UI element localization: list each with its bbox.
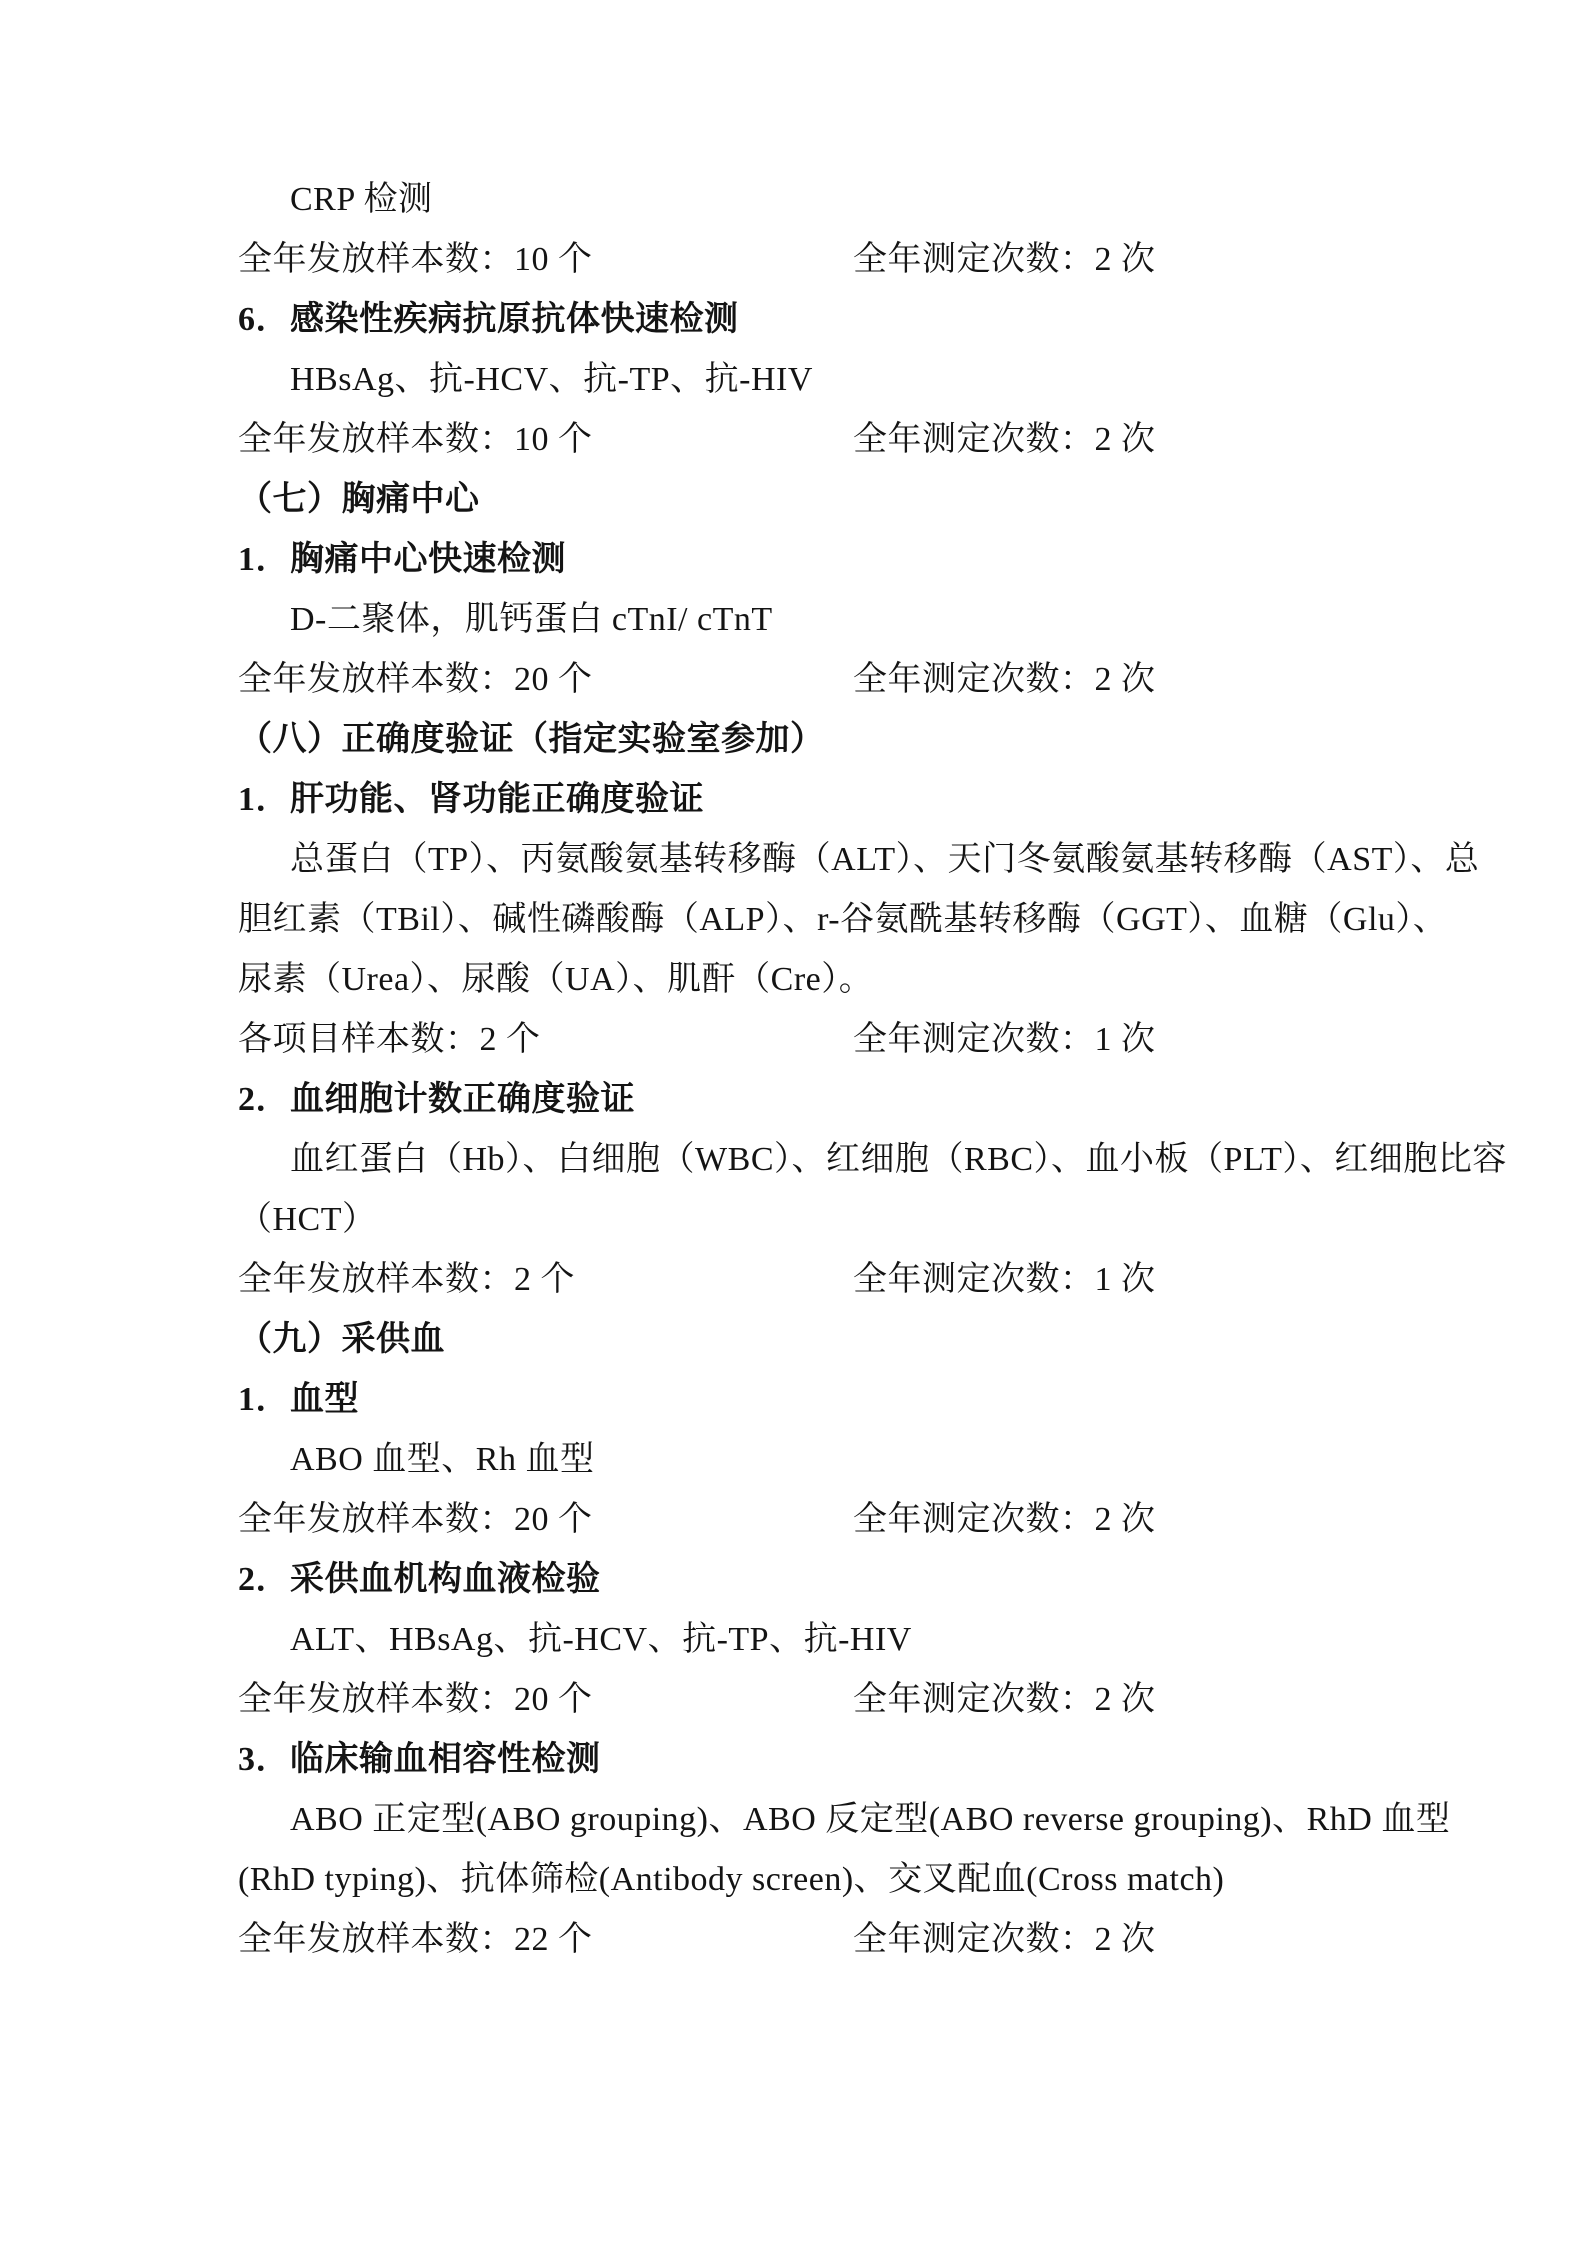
tests-per-year-value: 全年测定次数：2 次: [853, 410, 1156, 470]
samples-per-year-value: 全年发放样本数：2 个: [238, 1250, 575, 1310]
section-heading: 1．胸痛中心快速检测: [238, 530, 1423, 590]
test-item-line: 尿素（Urea）、尿酸（UA）、肌酐（Cre）。: [238, 950, 1423, 1010]
tests-per-year-value: 全年测定次数：2 次: [853, 230, 1156, 290]
section-heading: 6．感染性疾病抗原抗体快速检测: [238, 290, 1423, 350]
section-heading: 2．血细胞计数正确度验证: [238, 1070, 1423, 1130]
section-heading: （七）胸痛中心: [238, 470, 1423, 530]
test-item-line: ABO 血型、Rh 血型: [238, 1430, 1423, 1490]
section-heading: （九）采供血: [238, 1310, 1423, 1370]
test-item-line: HBsAg、抗-HCV、抗-TP、抗-HIV: [238, 350, 1423, 410]
document-page: CRP 检测全年发放样本数：10 个全年测定次数：2 次6．感染性疾病抗原抗体快…: [0, 0, 1587, 2245]
section-heading: （八）正确度验证（指定实验室参加）: [238, 710, 1423, 770]
tests-per-year-value: 全年测定次数：2 次: [853, 650, 1156, 710]
test-item-line: 总蛋白（TP）、丙氨酸氨基转移酶（ALT）、天门冬氨酸氨基转移酶（AST）、总: [238, 830, 1423, 890]
test-item-line: （HCT）: [238, 1190, 1423, 1250]
section-heading: 3．临床输血相容性检测: [238, 1730, 1423, 1790]
test-item-line: 血红蛋白（Hb）、白细胞（WBC）、红细胞（RBC）、血小板（PLT）、红细胞比…: [238, 1130, 1423, 1190]
samples-per-year-value: 全年发放样本数：20 个: [238, 1670, 593, 1730]
test-item-line: ALT、HBsAg、抗-HCV、抗-TP、抗-HIV: [238, 1610, 1423, 1670]
stat-line: 全年发放样本数：22 个全年测定次数：2 次: [238, 1910, 1423, 1970]
stat-line: 全年发放样本数：20 个全年测定次数：2 次: [238, 1670, 1423, 1730]
test-item-line: CRP 检测: [238, 170, 1423, 230]
tests-per-year-value: 全年测定次数：1 次: [853, 1010, 1156, 1070]
tests-per-year-value: 全年测定次数：2 次: [853, 1490, 1156, 1550]
test-item-line: 胆红素（TBil）、碱性磷酸酶（ALP）、r-谷氨酰基转移酶（GGT）、血糖（G…: [238, 890, 1423, 950]
tests-per-year-value: 全年测定次数：1 次: [853, 1250, 1156, 1310]
tests-per-year-value: 全年测定次数：2 次: [853, 1670, 1156, 1730]
samples-per-year-value: 全年发放样本数：10 个: [238, 410, 593, 470]
tests-per-year-value: 全年测定次数：2 次: [853, 1910, 1156, 1970]
section-heading: 2．采供血机构血液检验: [238, 1550, 1423, 1610]
stat-line: 全年发放样本数：20 个全年测定次数：2 次: [238, 1490, 1423, 1550]
test-item-line: ABO 正定型(ABO grouping)、ABO 反定型(ABO revers…: [238, 1790, 1423, 1850]
samples-per-year-value: 全年发放样本数：20 个: [238, 650, 593, 710]
test-item-line: (RhD typing)、抗体筛检(Antibody screen)、交叉配血(…: [238, 1850, 1423, 1910]
test-item-line: D-二聚体，肌钙蛋白 cTnI/ cTnT: [238, 590, 1423, 650]
samples-per-year-value: 各项目样本数：2 个: [238, 1010, 541, 1070]
section-heading: 1．肝功能、肾功能正确度验证: [238, 770, 1423, 830]
stat-line: 全年发放样本数：20 个全年测定次数：2 次: [238, 650, 1423, 710]
samples-per-year-value: 全年发放样本数：20 个: [238, 1490, 593, 1550]
samples-per-year-value: 全年发放样本数：22 个: [238, 1910, 593, 1970]
stat-line: 全年发放样本数：10 个全年测定次数：2 次: [238, 230, 1423, 290]
document-content: CRP 检测全年发放样本数：10 个全年测定次数：2 次6．感染性疾病抗原抗体快…: [238, 170, 1423, 1970]
stat-line: 各项目样本数：2 个全年测定次数：1 次: [238, 1010, 1423, 1070]
samples-per-year-value: 全年发放样本数：10 个: [238, 230, 593, 290]
stat-line: 全年发放样本数：2 个全年测定次数：1 次: [238, 1250, 1423, 1310]
section-heading: 1．血型: [238, 1370, 1423, 1430]
stat-line: 全年发放样本数：10 个全年测定次数：2 次: [238, 410, 1423, 470]
